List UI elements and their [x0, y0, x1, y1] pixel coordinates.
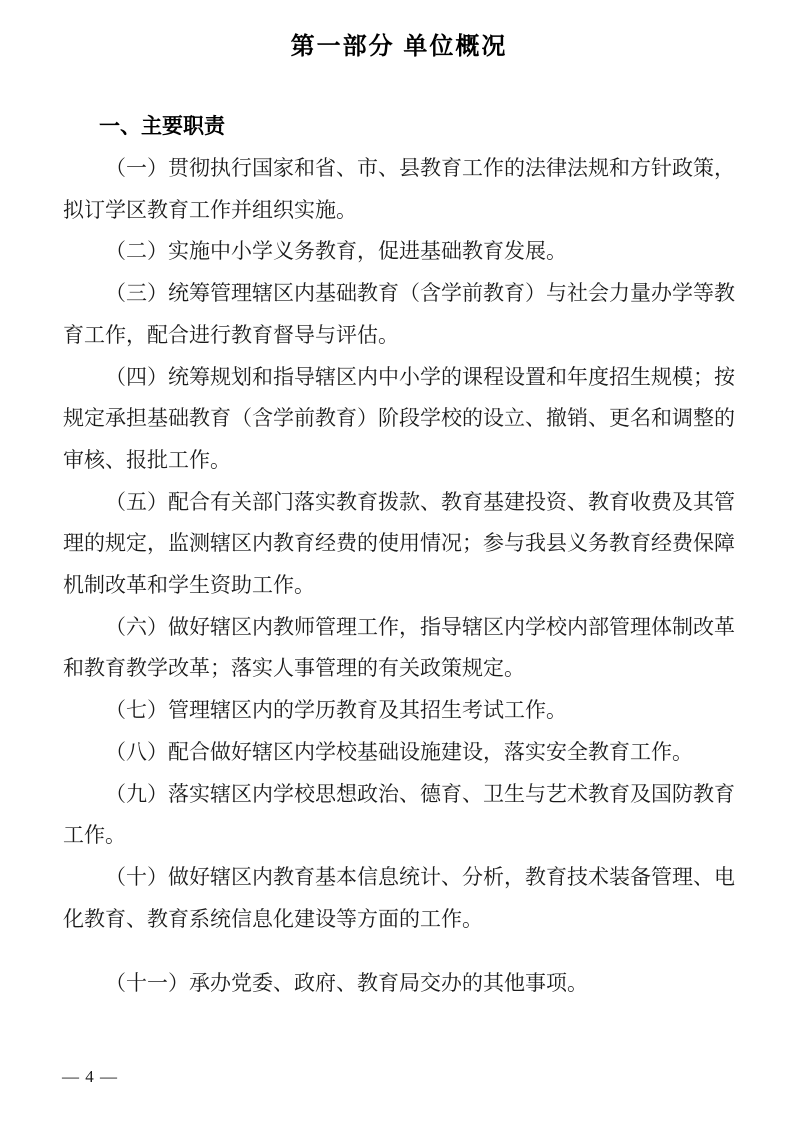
paragraph-5: （五）配合有关部门落实教育拨款、教育基建投资、教育收费及其管理的规定，监测辖区内… — [63, 482, 735, 607]
paragraph-10: （十）做好辖区内教育基本信息统计、分析，教育技术装备管理、电化教育、教育系统信息… — [63, 857, 735, 940]
page-title: 第一部分 单位概况 — [63, 26, 735, 68]
section-heading: 一、主要职责 — [63, 106, 735, 148]
paragraph-7: （七）管理辖区内的学历教育及其招生考试工作。 — [63, 690, 735, 732]
page-number: — 4 — — [62, 1066, 118, 1088]
paragraph-9: （九）落实辖区内学校思想政治、德育、卫生与艺术教育及国防教育工作。 — [63, 774, 735, 857]
paragraph-2: （二）实施中小学义务教育，促进基础教育发展。 — [63, 231, 735, 273]
paragraph-6: （六）做好辖区内教师管理工作，指导辖区内学校内部管理体制改革和教育教学改革；落实… — [63, 607, 735, 690]
paragraph-3: （三）统筹管理辖区内基础教育（含学前教育）与社会力量办学等教育工作，配合进行教育… — [63, 273, 735, 356]
paragraph-11: （十一）承办党委、政府、教育局交办的其他事项。 — [63, 963, 735, 1005]
document-page: 第一部分 单位概况 一、主要职责 （一）贯彻执行国家和省、市、县教育工作的法律法… — [0, 0, 793, 1122]
document-body: （一）贯彻执行国家和省、市、县教育工作的法律法规和方针政策，拟订学区教育工作并组… — [63, 148, 735, 1005]
paragraph-1: （一）贯彻执行国家和省、市、县教育工作的法律法规和方针政策，拟订学区教育工作并组… — [63, 148, 735, 231]
paragraph-4: （四）统筹规划和指导辖区内中小学的课程设置和年度招生规模；按规定承担基础教育（含… — [63, 357, 735, 482]
paragraph-8: （八）配合做好辖区内学校基础设施建设，落实安全教育工作。 — [63, 732, 735, 774]
